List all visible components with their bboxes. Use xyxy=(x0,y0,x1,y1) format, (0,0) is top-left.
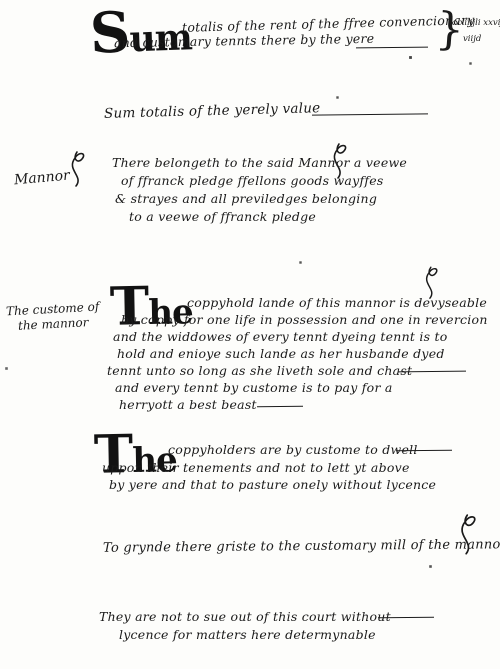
manuscript-line: hold and enioye such lande as her husban… xyxy=(117,346,445,361)
manuscript-line: They are not to sue out of this court wi… xyxy=(99,609,391,624)
flourish-icon xyxy=(416,260,442,300)
manuscript-line: and the widdowes of every tennt dyeing t… xyxy=(113,329,448,344)
manuscript-line: coppyhold lande of this mannor is devyse… xyxy=(187,295,487,310)
flourish-icon xyxy=(450,506,480,556)
manuscript-line: herryott a best beast xyxy=(119,397,257,412)
manuscript-line: to a veewe of ffranck pledge xyxy=(129,209,316,224)
ink-rule xyxy=(378,617,434,619)
manuscript-line: & strayes and all previledges belonging xyxy=(115,191,377,206)
manuscript-line: and every tennt by custome is to pay for… xyxy=(115,380,393,395)
manuscript-line: tennt unto so long as she liveth sole an… xyxy=(107,363,412,378)
manuscript-line: lycence for matters here determynable xyxy=(119,627,376,642)
flourish-icon xyxy=(62,144,88,188)
manuscript-line: To grynde there griste to the customary … xyxy=(103,537,500,556)
ink-rule xyxy=(356,47,428,49)
ink-specks xyxy=(0,0,1,1)
manuscript-line: There belongeth to the said Mannor a vee… xyxy=(112,155,407,170)
sum-amount-pounds-shillings: xxxiiijli xxvijs xyxy=(450,18,500,28)
ink-rule xyxy=(312,113,428,115)
manuscript-line: Sum totalis of the yerely value xyxy=(104,100,321,122)
sum-amount-pence: viijd xyxy=(463,34,481,44)
manuscript-line: by coppy for one life in possession and … xyxy=(121,312,488,327)
manuscript-line: by yere and that to pasture onely withou… xyxy=(109,477,436,492)
ink-rule xyxy=(398,371,466,373)
ink-rule xyxy=(396,450,452,452)
manuscript-line: coppyholders are by custome to dwell xyxy=(168,442,418,457)
manuscript-line: uppon their tenements and not to lett yt… xyxy=(102,460,410,475)
manuscript-line: and customary tennts there by the yere xyxy=(114,31,375,51)
manuscript-line: of ffranck pledge ffellons goods wayffes xyxy=(121,173,384,188)
brace-flourish-icon: } xyxy=(434,3,465,56)
margin-note-custome: the mannor xyxy=(18,315,89,333)
ink-rule xyxy=(257,406,303,407)
manuscript-page: Sum totalis of the rent of the ffree con… xyxy=(0,0,500,669)
